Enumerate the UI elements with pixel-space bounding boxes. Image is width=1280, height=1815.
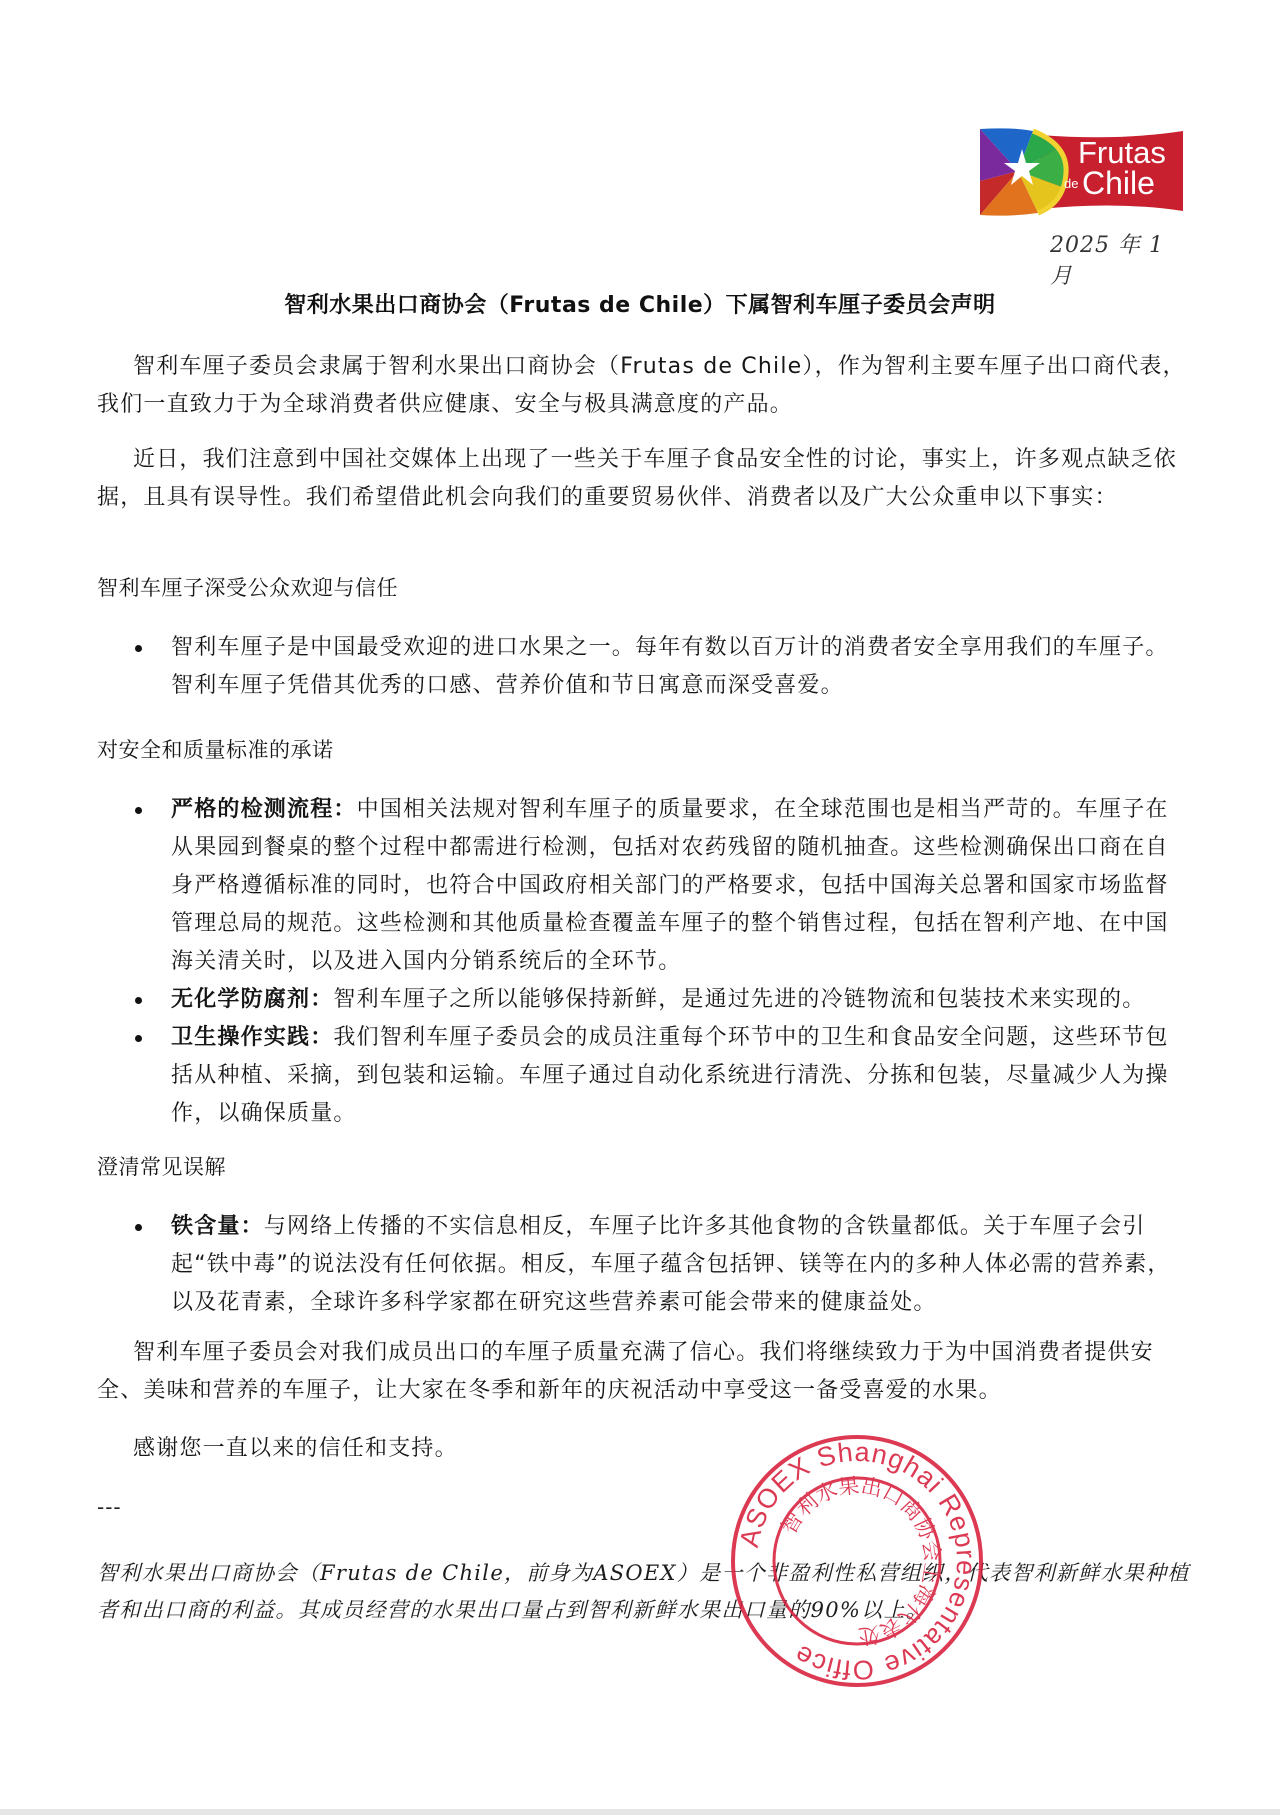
list-item: 铁含量：与网络上传播的不实信息相反，车厘子比许多其他食物的含铁量都低。关于车厘子… (97, 1208, 1187, 1322)
list-item: 无化学防腐剂：智利车厘子之所以能够保持新鲜，是通过先进的冷链物流和包装技术来实现… (97, 981, 1187, 1019)
bullet-text: 智利车厘子之所以能够保持新鲜，是通过先进的冷链物流和包装技术来实现的。 (333, 987, 1145, 1012)
page-bottom-edge (0, 1809, 1280, 1815)
bullet-icon (135, 1224, 142, 1231)
bullet-text: 智利车厘子是中国最受欢迎的进口水果之一。每年有数以百万计的消费者安全享用我们的车… (171, 635, 1169, 698)
closing-paragraph: 智利车厘子委员会对我们成员出口的车厘子质量充满了信心。我们将继续致力于为中国消费… (97, 1334, 1187, 1410)
misconceptions-bullet-list: 铁含量：与网络上传播的不实信息相反，车厘子比许多其他食物的含铁量都低。关于车厘子… (97, 1208, 1187, 1322)
logo-brand-de: de (1064, 176, 1078, 191)
bullet-icon (135, 807, 142, 814)
document-date: 2025 年 1 月 (1050, 228, 1190, 290)
document-page: Frutas de Chile 2025 年 1 月 智利水果出口商协会（Fru… (0, 0, 1280, 1815)
list-item: 卫生操作实践：我们智利车厘子委员会的成员注重每个环节中的卫生和食品安全问题，这些… (97, 1019, 1187, 1133)
separator-line: --- (97, 1495, 122, 1519)
bullet-lead: 铁含量： (171, 1214, 264, 1239)
section-heading-popularity: 智利车厘子深受公众欢迎与信任 (97, 572, 398, 602)
popularity-bullet-list: 智利车厘子是中国最受欢迎的进口水果之一。每年有数以百万计的消费者安全享用我们的车… (97, 629, 1187, 705)
bullet-icon (135, 997, 142, 1004)
logo-brand-chile: Chile (1082, 166, 1155, 200)
document-title: 智利水果出口商协会（Frutas de Chile）下属智利车厘子委员会声明 (0, 288, 1280, 319)
list-item: 智利车厘子是中国最受欢迎的进口水果之一。每年有数以百万计的消费者安全享用我们的车… (97, 629, 1187, 705)
organization-footnote: 智利水果出口商协会（Frutas de Chile，前身为ASOEX）是一个非盈… (97, 1555, 1197, 1629)
bullet-lead: 卫生操作实践： (171, 1025, 333, 1050)
bullet-icon (135, 1035, 142, 1042)
intro-paragraph: 智利车厘子委员会隶属于智利水果出口商协会（Frutas de Chile），作为… (97, 348, 1187, 424)
section-heading-safety: 对安全和质量标准的承诺 (97, 734, 334, 764)
section-heading-misconceptions: 澄清常见误解 (97, 1151, 226, 1181)
list-item: 严格的检测流程：中国相关法规对智利车厘子的质量要求，在全球范围也是相当严苛的。车… (97, 791, 1187, 981)
bullet-icon (135, 645, 142, 652)
safety-bullet-list: 严格的检测流程：中国相关法规对智利车厘子的质量要求，在全球范围也是相当严苛的。车… (97, 791, 1187, 1133)
bullet-lead: 严格的检测流程： (171, 797, 357, 822)
context-paragraph: 近日，我们注意到中国社交媒体上出现了一些关于车厘子食品安全性的讨论，事实上，许多… (97, 441, 1187, 517)
bullet-lead: 无化学防腐剂： (171, 987, 333, 1012)
bullet-text: 与网络上传播的不实信息相反，车厘子比许多其他食物的含铁量都低。关于车厘子会引起“… (171, 1214, 1171, 1315)
thanks-paragraph: 感谢您一直以来的信任和支持。 (97, 1430, 1187, 1468)
bullet-text: 中国相关法规对智利车厘子的质量要求，在全球范围也是相当严苛的。车厘子在从果园到餐… (171, 797, 1169, 974)
